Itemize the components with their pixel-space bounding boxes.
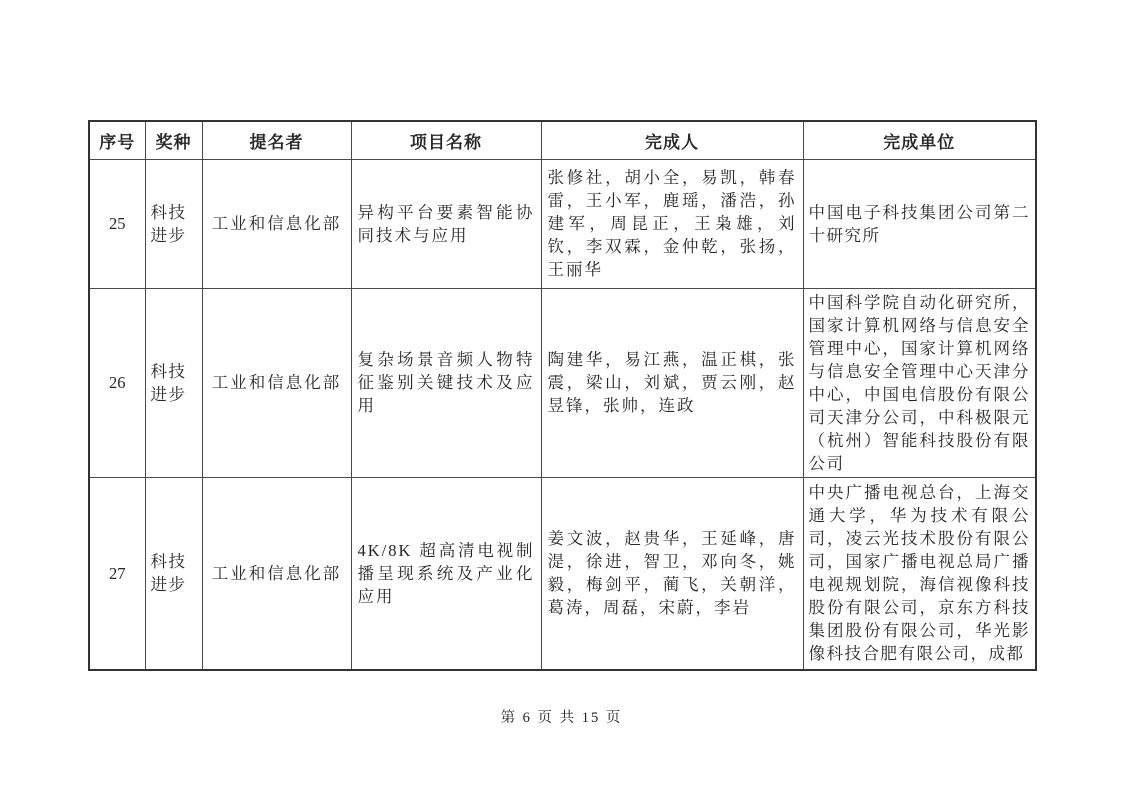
table-row: 25 科技进步 工业和信息化部 异构平台要素智能协同技术与应用 张修社，胡小全，… [89, 159, 1036, 288]
completing-units: 中央广播电视总台，上海交通大学，华为技术有限公司，凌云光技术股份有限公司，国家广… [803, 477, 1036, 670]
award-table: 序号 奖种 提名者 项目名称 完成人 完成单位 25 科技进步 工业和信息化部 … [88, 120, 1037, 671]
nominator: 工业和信息化部 [202, 477, 351, 670]
completing-units: 中国电子科技集团公司第二十研究所 [803, 159, 1036, 288]
serial-number: 27 [89, 477, 145, 670]
project-name: 异构平台要素智能协同技术与应用 [351, 159, 541, 288]
nominator: 工业和信息化部 [202, 288, 351, 477]
project-name: 复杂场景音频人物特征鉴别关键技术及应用 [351, 288, 541, 477]
header-project-name: 项目名称 [351, 121, 541, 159]
award-type: 科技进步 [145, 288, 202, 477]
header-completing-units: 完成单位 [803, 121, 1036, 159]
award-type: 科技进步 [145, 159, 202, 288]
project-name: 4K/8K 超高清电视制播呈现系统及产业化应用 [351, 477, 541, 670]
document-page: { "table": { "headers": ["序号", "奖种", "提名… [0, 0, 1123, 794]
award-type: 科技进步 [145, 477, 202, 670]
serial-number: 26 [89, 288, 145, 477]
serial-number: 25 [89, 159, 145, 288]
table-row: 27 科技进步 工业和信息化部 4K/8K 超高清电视制播呈现系统及产业化应用 … [89, 477, 1036, 670]
table-header: 序号 奖种 提名者 项目名称 完成人 完成单位 [89, 121, 1036, 159]
header-contributors: 完成人 [541, 121, 803, 159]
table-row: 26 科技进步 工业和信息化部 复杂场景音频人物特征鉴别关键技术及应用 陶建华，… [89, 288, 1036, 477]
contributors: 张修社，胡小全，易凯，韩春雷，王小军，鹿瑶，潘浩，孙建军，周昆正，王枭雄，刘钦，… [541, 159, 803, 288]
contributors: 姜文波，赵贵华，王延峰，唐湜，徐进，智卫，邓向冬，姚毅，梅剑平，蔺飞，关朝洋，葛… [541, 477, 803, 670]
header-award-type: 奖种 [145, 121, 202, 159]
header-serial-number: 序号 [89, 121, 145, 159]
header-row: 序号 奖种 提名者 项目名称 完成人 完成单位 [89, 121, 1036, 159]
contributors: 陶建华，易江燕，温正棋，张震，梁山，刘斌，贾云刚，赵昱锋，张帅，连政 [541, 288, 803, 477]
completing-units: 中国科学院自动化研究所，国家计算机网络与信息安全管理中心，国家计算机网络与信息安… [803, 288, 1036, 477]
nominator: 工业和信息化部 [202, 159, 351, 288]
header-nominator: 提名者 [202, 121, 351, 159]
page-number-footer: 第 6 页 共 15 页 [0, 706, 1123, 727]
